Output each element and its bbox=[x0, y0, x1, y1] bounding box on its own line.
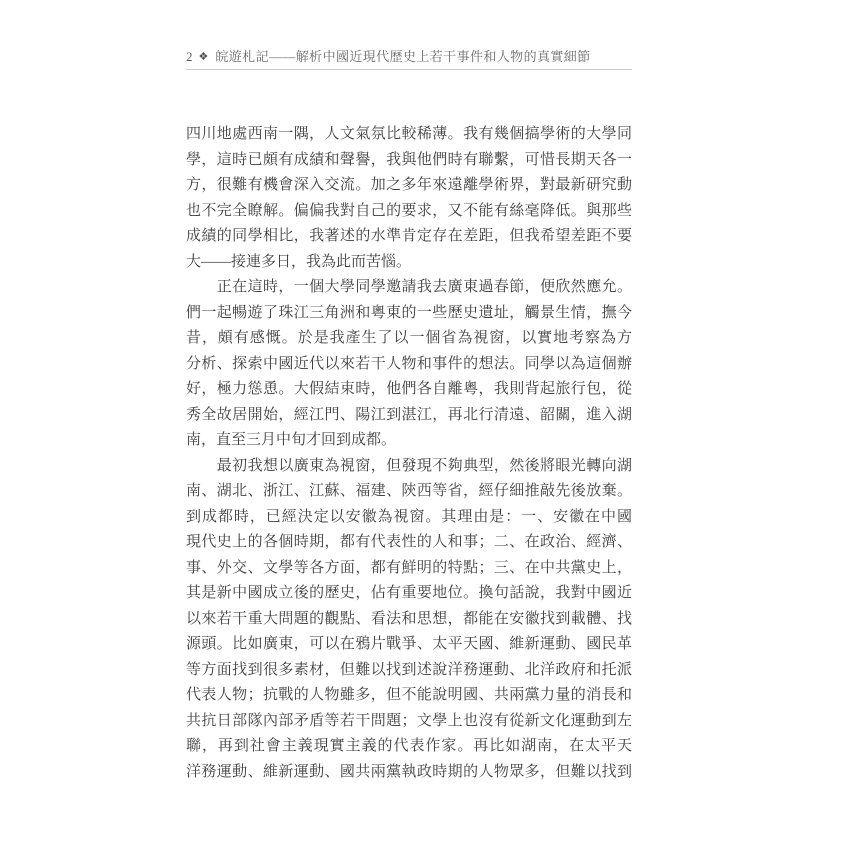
text-line: 以來若干重大問題的觀點、看法和思想，都能在安徽找到載體、找到 bbox=[186, 607, 632, 633]
text-line: 分析、探索中國近代以來若干人物和事件的想法。同學以為這個辦法 bbox=[186, 352, 632, 378]
text-line: 事、外交、文學等各方面，都有鮮明的特點；三、在中共黨史上，尤 bbox=[186, 556, 632, 582]
text-line: 其是新中國成立後的歷史，佔有重要地位。換句話說，我對中國近代 bbox=[186, 581, 632, 607]
text-line: 好，極力慫恿。大假結束時，他們各自離粵，我則背起旅行包，從洪 bbox=[186, 377, 632, 403]
page-number: 2 bbox=[186, 49, 193, 65]
text-line: 成績的同學相比，我著述的水準肯定存在差距，但我希望差距不要太 bbox=[186, 224, 632, 250]
text-line: 等方面找到很多素材，但難以找到述說洋務運動、北洋政府和托派的 bbox=[186, 658, 632, 684]
book-page: 2 ❖ 皖遊札記——解析中國近現代歷史上若干事件和人物的真實細節 四川地處西南一… bbox=[0, 0, 850, 850]
text-line: 最初我想以廣東為視窗，但發現不夠典型，然後將眼光轉向湖 bbox=[186, 454, 632, 480]
body-text: 四川地處西南一隅，人文氣氛比較稀薄。我有幾個搞學術的大學同學，這時已頗有成績和聲… bbox=[186, 122, 632, 785]
text-line: 也不完全瞭解。偏偏我對自己的要求，又不能有絲毫降低。與那些有 bbox=[186, 199, 632, 225]
text-line: 現代史上的各個時期，都有代表性的人和事；二、在政治、經濟、軍 bbox=[186, 530, 632, 556]
text-line: 秀全故居開始，經江門、陽江到湛江，再北行清遠、韶關，進入湖 bbox=[186, 403, 632, 429]
text-line: 共抗日部隊內部矛盾等若干問題；文學上也沒有從新文化運動到左 bbox=[186, 709, 632, 735]
text-line: 們一起暢遊了珠江三角洲和粵東的一些歷史遺址，觸景生情，撫今追 bbox=[186, 301, 632, 327]
text-line: 昔，頗有感慨。於是我產生了以一個省為視窗，以實地考察為方式， bbox=[186, 326, 632, 352]
four-diamond-ornament-icon: ❖ bbox=[199, 50, 209, 63]
text-line: 源頭。比如廣東，可以在鴉片戰爭、太平天國、維新運動、國民革命 bbox=[186, 632, 632, 658]
header-divider bbox=[186, 69, 632, 70]
running-title: 皖遊札記——解析中國近現代歷史上若干事件和人物的真實細節 bbox=[215, 46, 590, 65]
text-line: 方，很難有機會深入交流。加之多年來遠離學術界，對最新研究動態 bbox=[186, 173, 632, 199]
page-header: 2 ❖ 皖遊札記——解析中國近現代歷史上若干事件和人物的真實細節 bbox=[186, 46, 632, 66]
text-line: 南，直至三月中旬才回到成都。 bbox=[186, 428, 632, 454]
text-line: 代表人物；抗戰的人物雖多，但不能說明國、共兩黨力量的消長和中 bbox=[186, 683, 632, 709]
text-line: 到成都時，已經決定以安徽為視窗。其理由是：一、安徽在中國近、 bbox=[186, 505, 632, 531]
text-line: 洋務運動、維新運動、國共兩黨執政時期的人物眾多，但難以找到新 bbox=[186, 760, 632, 786]
text-line: 正在這時，一個大學同學邀請我去廣東過春節，便欣然應允。我 bbox=[186, 275, 632, 301]
text-line: 大——接連多日，我為此而苦惱。 bbox=[186, 250, 632, 276]
text-line: 四川地處西南一隅，人文氣氛比較稀薄。我有幾個搞學術的大學同 bbox=[186, 122, 632, 148]
text-line: 南、湖北、浙江、江蘇、福建、陝西等省，經仔細推敲先後放棄。回 bbox=[186, 479, 632, 505]
text-line: 聯，再到社會主義現實主義的代表作家。再比如湖南，在太平天國、 bbox=[186, 734, 632, 760]
text-line: 學，這時已頗有成績和聲譽，我與他們時有聯繫，可惜長期天各一 bbox=[186, 148, 632, 174]
